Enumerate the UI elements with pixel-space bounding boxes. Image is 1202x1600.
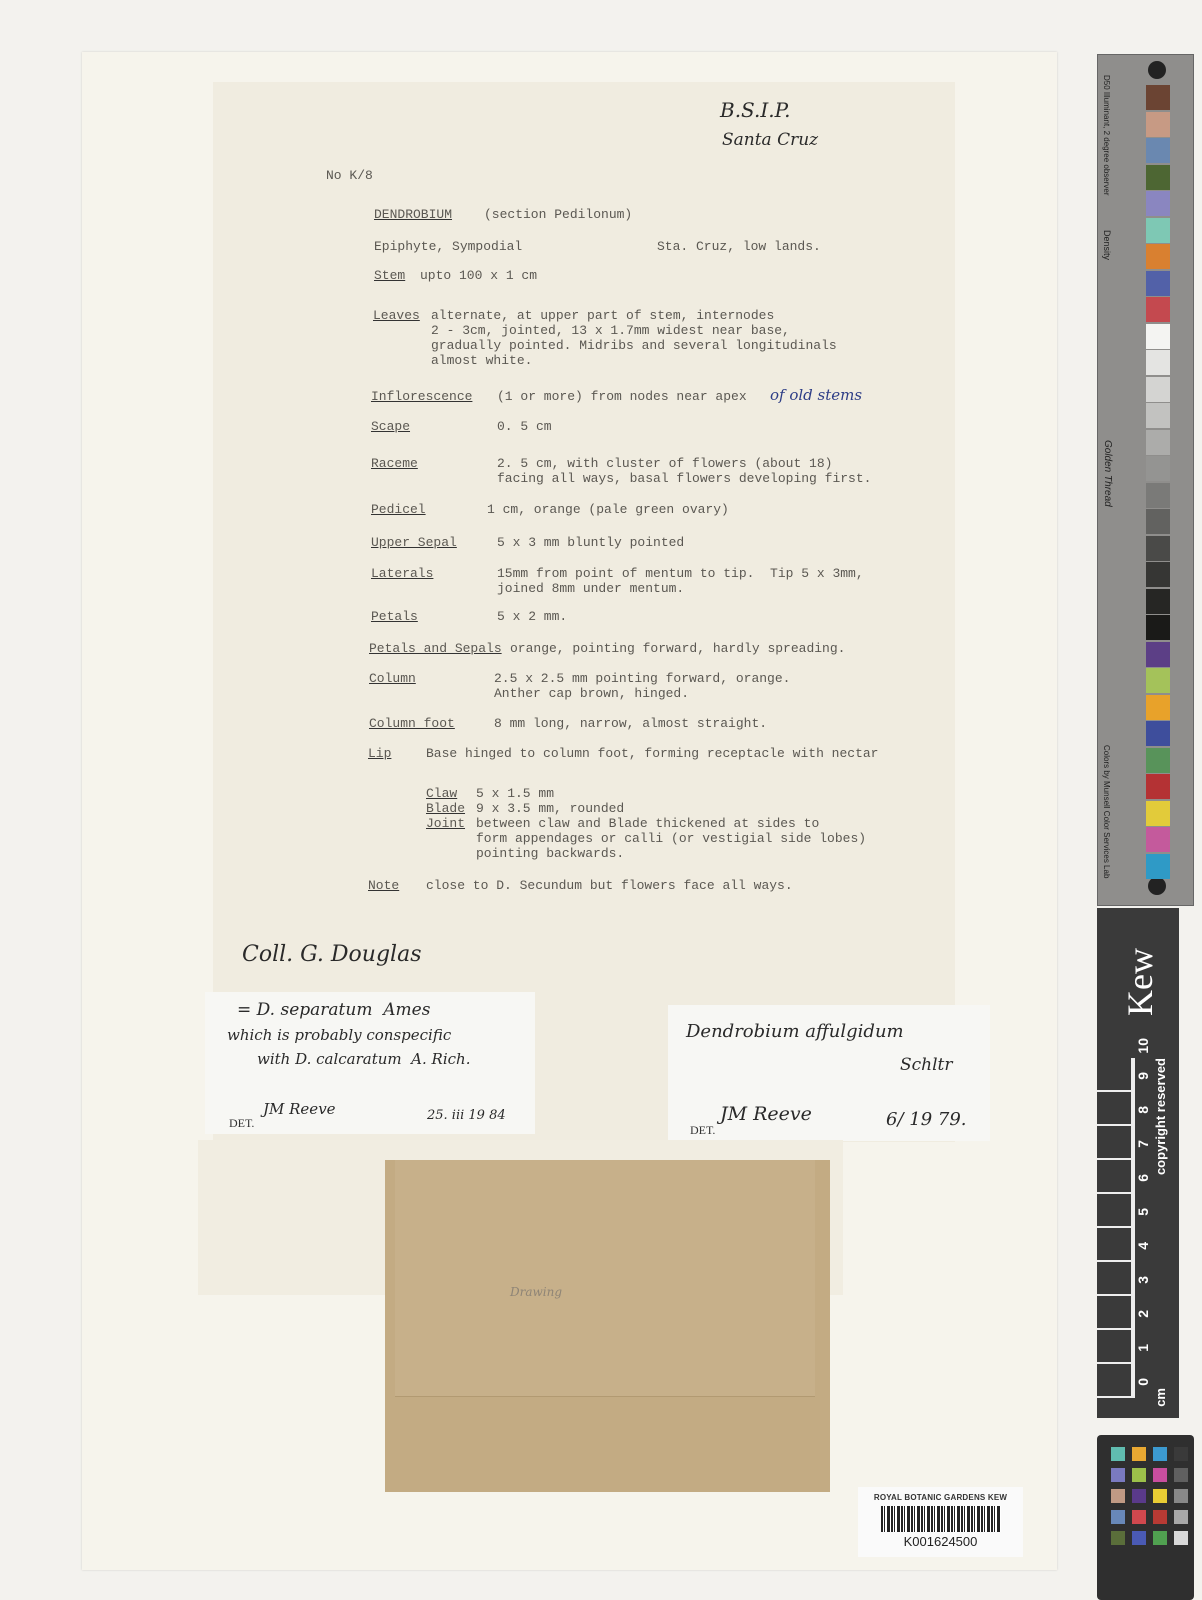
color-swatch [1146, 774, 1170, 799]
entry-label-scape: Scape [371, 419, 410, 434]
color-swatch [1146, 589, 1170, 614]
checker-patch [1132, 1510, 1146, 1524]
density-label: Density [1102, 230, 1112, 260]
determination-label-right: Dendrobium affulgidum Schltr DET. JM Ree… [668, 1005, 990, 1141]
entry-label-stem: Stem [374, 268, 405, 283]
color-swatch [1146, 854, 1170, 879]
entry-text-raceme: 2. 5 cm, with cluster of flowers (about … [497, 456, 871, 486]
color-swatch [1146, 165, 1170, 190]
color-swatch [1146, 271, 1170, 296]
entry-text-pedicel: 1 cm, orange (pale green ovary) [487, 502, 729, 517]
ruler-tick-label: 10 [1135, 1038, 1151, 1054]
scale-bar [1097, 1058, 1135, 1398]
checker-patch [1111, 1468, 1125, 1482]
genus-name: DENDROBIUM [374, 207, 452, 222]
entry-text-petals-and-sepals: orange, pointing forward, hardly spreadi… [510, 641, 845, 656]
fragment-envelope[interactable]: Drawing [385, 1160, 830, 1492]
color-swatch [1146, 721, 1170, 746]
color-chart-credit: Colors by Munsell Color Services Lab [1102, 745, 1111, 878]
institution-name: ROYAL BOTANIC GARDENS KEW [858, 1493, 1023, 1502]
entry-text-stem: upto 100 x 1 cm [420, 268, 537, 283]
checker-patch [1153, 1510, 1167, 1524]
entry-label-leaves: Leaves [373, 308, 420, 323]
ruler-tick-label: 4 [1135, 1242, 1151, 1250]
entry-text-joint: between claw and Blade thickened at side… [476, 816, 866, 861]
kew-scale-ruler: Kew copyright reserved cm 012345678910 [1097, 908, 1179, 1418]
entry-text-laterals: 15mm from point of mentum to tip. Tip 5 … [497, 566, 864, 596]
entry-text-lip: Base hinged to column foot, forming rece… [426, 746, 878, 761]
determination-label-left: = D. separatum Ames which is probably co… [205, 992, 535, 1134]
color-swatch [1146, 642, 1170, 667]
color-swatch [1146, 297, 1170, 322]
envelope-pencil-note: Drawing [510, 1285, 562, 1299]
entry-label-raceme: Raceme [371, 456, 418, 471]
checker-patch [1111, 1447, 1125, 1461]
ruler-tick-label: 0 [1135, 1378, 1151, 1386]
color-calibration-chart: D50 Illuminant, 2 degree observer Densit… [1097, 54, 1194, 906]
checker-patch [1174, 1510, 1188, 1524]
ruler-unit: cm [1153, 1388, 1168, 1407]
barcode-label: ROYAL BOTANIC GARDENS KEW K001624500 [858, 1487, 1023, 1557]
det-left-line1: = D. separatum Ames [237, 1000, 430, 1020]
checker-patch [1132, 1489, 1146, 1503]
entry-label-joint: Joint [426, 816, 465, 831]
color-chart-title: D50 Illuminant, 2 degree observer [1102, 75, 1111, 196]
color-swatch [1146, 536, 1170, 561]
color-swatch [1146, 244, 1170, 269]
det-left-prefix: DET. [229, 1116, 254, 1131]
color-swatch [1146, 668, 1170, 693]
color-swatch [1146, 483, 1170, 508]
section-name: (section Pedilonum) [484, 207, 632, 222]
specimen-number: No K/8 [326, 168, 373, 183]
checker-patch [1174, 1531, 1188, 1545]
det-right-line2: Schltr [900, 1055, 953, 1075]
det-left-line2: which is probably conspecific [227, 1026, 451, 1044]
entry-text-upper-sepal: 5 x 3 mm bluntly pointed [497, 535, 684, 550]
checker-patch [1174, 1447, 1188, 1461]
entry-text-petals: 5 x 2 mm. [497, 609, 567, 624]
ruler-tick-label: 2 [1135, 1310, 1151, 1318]
ruler-tick-label: 8 [1135, 1106, 1151, 1114]
det-right-determiner: JM Reeve [720, 1103, 812, 1125]
entry-label-note: Note [368, 878, 399, 893]
registration-dot-icon [1148, 877, 1166, 895]
ruler-tick-label: 9 [1135, 1072, 1151, 1080]
color-swatch [1146, 191, 1170, 216]
color-swatch [1146, 801, 1170, 826]
entry-text-column: 2.5 x 2.5 mm pointing forward, orange. A… [494, 671, 790, 701]
color-swatch [1146, 377, 1170, 402]
entry-label-pedicel: Pedicel [371, 502, 426, 517]
handwritten-addition-old-stems: of old stems [770, 386, 862, 404]
det-right-line1: Dendrobium affulgidum [686, 1021, 904, 1042]
checker-patch [1111, 1531, 1125, 1545]
color-swatch [1146, 324, 1170, 349]
entry-label-laterals: Laterals [371, 566, 433, 581]
checker-patch [1132, 1531, 1146, 1545]
habit: Epiphyte, Sympodial [374, 239, 522, 254]
checker-patch [1153, 1531, 1167, 1545]
ruler-tick-label: 6 [1135, 1174, 1151, 1182]
color-swatch [1146, 403, 1170, 428]
color-swatch [1146, 430, 1170, 455]
registration-dot-icon [1148, 61, 1166, 79]
det-left-line3: with D. calcaratum A. Rich. [257, 1050, 470, 1068]
color-swatch [1146, 827, 1170, 852]
ruler-tick-label: 5 [1135, 1208, 1151, 1216]
det-right-prefix: DET. [690, 1123, 715, 1138]
checker-patch [1153, 1468, 1167, 1482]
color-swatch [1146, 85, 1170, 110]
color-checker-card [1097, 1435, 1194, 1600]
entry-text-note: close to D. Secundum but flowers face al… [426, 878, 793, 893]
color-swatch [1146, 218, 1170, 243]
typed-description-sheet [213, 82, 955, 1142]
color-swatch [1146, 562, 1170, 587]
color-swatch [1146, 456, 1170, 481]
entry-label-column-foot: Column foot [369, 716, 455, 731]
envelope-flap[interactable] [395, 1160, 815, 1397]
color-swatch [1146, 112, 1170, 137]
entry-label-petals: Petals [371, 609, 418, 624]
color-swatch [1146, 350, 1170, 375]
entry-label-blade: Blade [426, 801, 465, 816]
kew-logo: Kew [1119, 948, 1161, 1016]
entry-label-inflorescence: Inflorescence [371, 389, 472, 404]
entry-text-column-foot: 8 mm long, narrow, almost straight. [494, 716, 767, 731]
ruler-tick-label: 3 [1135, 1276, 1151, 1284]
color-swatch [1146, 695, 1170, 720]
checker-patch [1174, 1489, 1188, 1503]
ruler-tick-label: 7 [1135, 1140, 1151, 1148]
checker-patch [1153, 1489, 1167, 1503]
copyright-text: copyright reserved [1153, 1058, 1168, 1175]
checker-patch [1153, 1447, 1167, 1461]
color-swatch [1146, 615, 1170, 640]
entry-label-lip: Lip [368, 746, 391, 761]
entry-label-claw: Claw [426, 786, 457, 801]
handwritten-locality-code: B.S.I.P. [720, 98, 790, 122]
entry-label-upper-sepal: Upper Sepal [371, 535, 457, 550]
color-swatch [1146, 138, 1170, 163]
color-swatch [1146, 509, 1170, 534]
det-right-date: 6/ 19 79. [886, 1109, 967, 1130]
det-left-determiner: JM Reeve [263, 1100, 336, 1118]
barcode-number: K001624500 [858, 1534, 1023, 1549]
color-chart-brand: Golden Thread [1102, 440, 1113, 507]
entry-text-leaves: alternate, at upper part of stem, intern… [431, 308, 837, 368]
checker-patch [1132, 1468, 1146, 1482]
entry-text-claw: 5 x 1.5 mm [476, 786, 554, 801]
color-swatch [1146, 748, 1170, 773]
checker-patch [1132, 1447, 1146, 1461]
collector-note: Coll. G. Douglas [242, 942, 422, 967]
locality: Sta. Cruz, low lands. [657, 239, 821, 254]
entry-text-inflorescence: (1 or more) from nodes near apex [497, 389, 747, 404]
checker-patch [1111, 1510, 1125, 1524]
checker-patch [1174, 1468, 1188, 1482]
handwritten-locality: Santa Cruz [722, 130, 818, 150]
entry-label-column: Column [369, 671, 416, 686]
det-left-date: 25. iii 19 84 [427, 1108, 506, 1123]
checker-patch [1111, 1489, 1125, 1503]
ruler-tick-label: 1 [1135, 1344, 1151, 1352]
entry-text-blade: 9 x 3.5 mm, rounded [476, 801, 624, 816]
entry-label-petals-and-sepals: Petals and Sepals [369, 641, 502, 656]
barcode-icon [881, 1506, 1001, 1532]
entry-text-scape: 0. 5 cm [497, 419, 552, 434]
